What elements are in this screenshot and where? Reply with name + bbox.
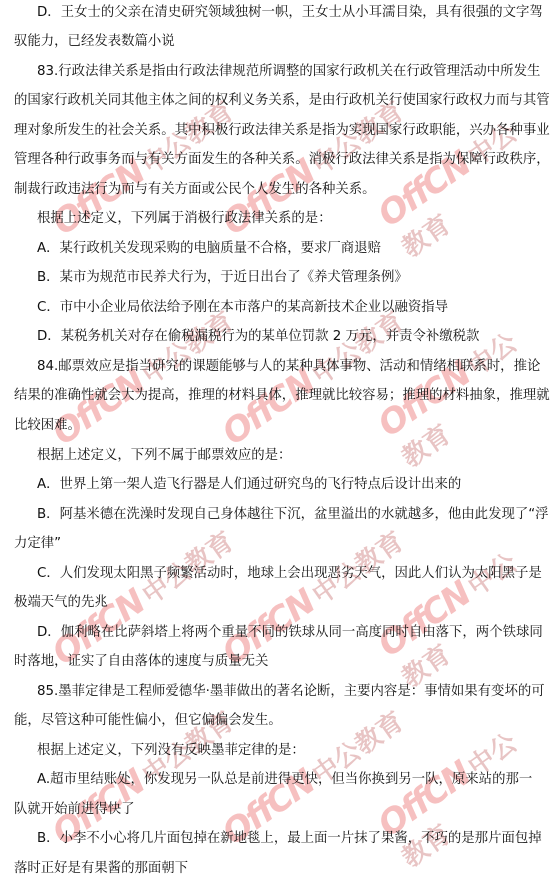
text-line: 极端天气的先兆 [14,592,108,614]
text-line: 84.邮票效应是指当研究的课题能够与人的某种具体事物、活动和情绪相联系时，推论 [37,356,540,378]
text-line: 力定律” [14,533,61,555]
text-line: 根据上述定义，下列没有反映墨菲定律的是： [37,740,305,762]
text-line: 根据上述定义，下列不属于邮票效应的是： [37,445,291,467]
text-line: 根据上述定义，下列属于消极行政法律关系的是： [37,208,332,230]
text-line: 落时正好是有果酱的那面朝下 [14,858,188,880]
text-line: 制裁行政违法行为而与有关方面或公民个人发生的各种关系。 [14,179,376,201]
document-page: OffCN 中公教育 OffCN 中公教育 OffCN 中公教育 OffCN 中… [0,0,550,881]
text-line: D．某税务机关对存在偷税漏税行为的某单位罚款 2 万元，并责令补缴税款 [37,326,479,348]
watermark-logo: OffCN 中公教育 [373,718,550,879]
text-line: B．某市为规范市民养犬行为，于近日出台了《养犬管理条例》 [37,267,408,289]
text-line: 时落地，证实了自由落体的速度与质量无关 [14,651,268,673]
text-line: B．阿基米德在洗澡时发现自己身体越往下沉，盆里溢出的水就越多，他由此发现了“浮 [37,504,549,526]
text-line: 83.行政法律关系是指由行政法律规范所调整的国家行政机关在行政管理活动中所发生 [37,61,540,83]
text-line: 驭能力，已经发表数篇小说 [14,31,175,53]
text-line: 结果的准确性就会大为提高，推理的材料具体，推理就比较容易；推理的材料抽象，推理就 [14,385,550,407]
text-line: D．王女士的父亲在清史研究领域独树一帜，王女士从小耳濡目染，具有很强的文字驾 [37,2,543,24]
text-line: A．世界上第一架人造飞行器是人们通过研究鸟的飞行特点后设计出来的 [37,474,461,496]
text-line: 85.墨菲定律是工程师爱德华·墨菲做出的著名论断，主要内容是：事情如果有变坏的可 [37,681,545,703]
text-line: 管理各种行政事务而与有关方面发生的各种关系。消极行政法律关系是指为保障行政秩序， [14,149,550,171]
text-line: 的国家行政机关同其他主体之间的权利义务关系，是由行政机关行使国家行政权力而与其管 [14,90,550,112]
text-line: 理对象所发生的社会关系。其中积极行政法律关系是指为实现国家行政职能，兴办各种事业… [14,120,550,142]
text-line: 能，尽管这种可能性偏小，但它偏偏会发生。 [14,710,282,732]
text-line: D．伽利略在比萨斜塔上将两个重量不同的铁球从同一高度同时自由落下，两个铁球同 [37,622,543,644]
text-line: 比较困难。 [14,415,81,437]
text-line: C．人们发现太阳黑子频繁活动时，地球上会出现恶劣天气，因此人们认为太阳黑子是 [37,563,542,585]
text-line: C．市中小企业局依法给予刚在本市落户的某高新技术企业以融资指导 [37,297,448,319]
text-line: A.超市里结账处，你发现另一队总是前进得更快，但当你换到另一队，原来站的那一 [37,769,532,791]
text-line: B．小李不小心将几片面包掉在新地毯上，最上面一片抹了果酱，不巧的是那片面包掉 [37,828,542,850]
text-line: A．某行政机关发现采购的电脑质量不合格，要求厂商退赔 [37,238,381,260]
text-line: 队就开始前进得快了 [14,799,135,821]
